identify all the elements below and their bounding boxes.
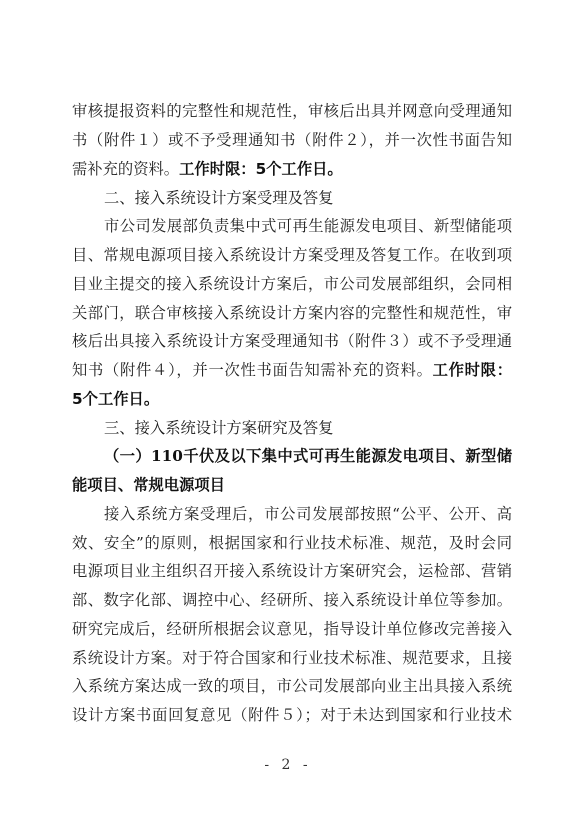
time-limit-text: 工作时限：5个工作日。	[179, 160, 343, 178]
section-heading-2: 二、接入系统设计方案受理及答复	[104, 184, 512, 212]
body-line: 关部门，联合审核接入系统设计方案内容的完整性和规范性，审	[72, 299, 512, 327]
page-number: - 2 -	[0, 757, 576, 773]
document-page: 审核提报资料的完整性和规范性，审核后出具并网意向受理通知 书（附件１）或不予受理…	[0, 0, 576, 820]
body-line: 核后出具接入系统设计方案受理通知书（附件３）或不予受理通	[72, 327, 512, 355]
body-line: 设计方案书面回复意见（附件５）；对于未达到国家和行业技术	[72, 701, 512, 729]
body-line: 目业主提交的接入系统设计方案后，市公司发展部组织，会同相	[72, 270, 512, 298]
body-line: 5个工作日。	[72, 385, 512, 413]
body-line: 接入系统方案受理后，市公司发展部按照“公平、公开、高	[104, 500, 512, 528]
subsection-heading-1: （一）110千伏及以下集中式可再生能源发电项目、新型储	[104, 442, 512, 470]
subsection-heading-1-cont: 能项目、常规电源项目	[72, 471, 512, 499]
time-limit-label: 工作时限：	[433, 361, 512, 379]
body-line: 审核提报资料的完整性和规范性，审核后出具并网意向受理通知	[72, 97, 512, 125]
body-line: 入系统方案达成一致的项目，市公司发展部向业主出具接入系统	[72, 672, 512, 700]
body-line: 目、常规电源项目接入系统设计方案受理及答复工作。在收到项	[72, 241, 512, 269]
section-heading-3: 三、接入系统设计方案研究及答复	[104, 414, 512, 442]
body-line: 系统设计方案。对于符合国家和行业技术标准、规范要求，且接	[72, 644, 512, 672]
body-text: 需补充的资料。	[72, 160, 179, 178]
body-line: 知书（附件４），并一次性书面告知需补充的资料。工作时限：	[72, 356, 512, 384]
body-line: 市公司发展部负责集中式可再生能源发电项目、新型储能项	[104, 212, 512, 240]
body-line: 研究完成后，经研所根据会议意见，指导设计单位修改完善接入	[72, 615, 512, 643]
body-line: 部、数字化部、调控中心、经研所、接入系统设计单位等参加。	[72, 586, 512, 614]
time-limit-value: 5个工作日。	[72, 390, 159, 408]
body-line: 需补充的资料。工作时限：5个工作日。	[72, 155, 512, 183]
body-line: 电源项目业主组织召开接入系统设计方案研究会，运检部、营销	[72, 557, 512, 585]
body-text: 知书（附件４），并一次性书面告知需补充的资料。	[72, 361, 433, 379]
body-line: 书（附件１）或不予受理通知书（附件２），并一次性书面告知	[72, 126, 512, 154]
body-line: 效、安全”的原则，根据国家和行业技术标准、规范，及时会同	[72, 529, 512, 557]
